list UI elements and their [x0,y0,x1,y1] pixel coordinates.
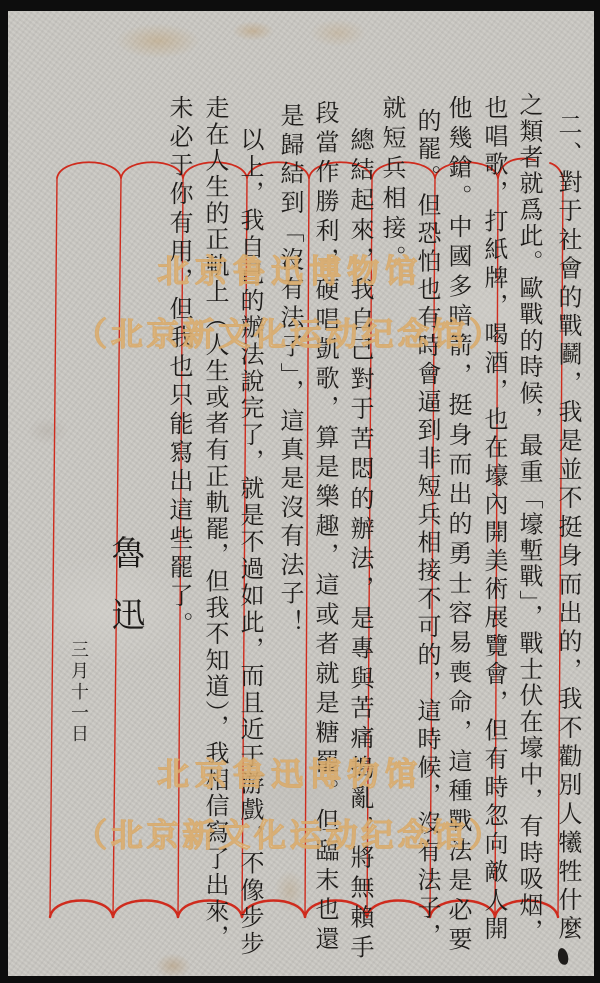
letter-date: 三月十一日 [66,640,90,745]
signature: 魯迅 [105,535,145,659]
letter-column-6: 就短兵相接。 [377,95,407,275]
watermark-museum-name: 北京鲁迅博物馆 [157,254,423,288]
watermark-museum-name: 北京鲁迅博物馆 [157,757,423,791]
watermark-museum-subname: （北京新文化运动纪念馆） [75,818,505,852]
letter-column-9: 是歸結到「沒有法子」，這真是沒有法子！ [275,103,305,638]
letter-column-12: 未必于你有用，但我也只能寫出這些罷了。 [164,95,194,640]
scan-frame: 二、對于社會的戰鬬，我是並不挺身而出的，我不勸別人犧牲什麼 之類者就爲此。歐戰的… [0,0,600,983]
letter-column-2: 之類者就爲此。歐戰的時候，最重「壕塹戰」，戰士伏在壕中，有時吸烟， [514,92,544,945]
watermark-museum-subname: （北京新文化运动纪念馆） [75,317,505,351]
letter-column-1: 二、對于社會的戰鬬，我是並不挺身而出的，我不勸別人犧牲什麼 [553,112,583,944]
